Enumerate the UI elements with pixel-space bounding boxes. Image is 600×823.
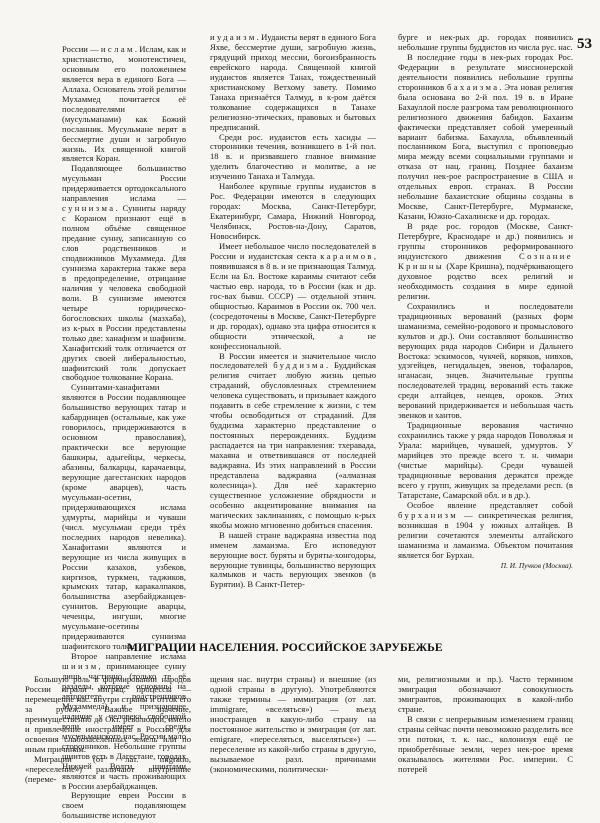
paragraph: Имеет небольшое число последователей в Р…	[210, 242, 376, 351]
paragraph: В России имеется и значительное число по…	[210, 352, 376, 531]
paragraph: иудаизм. Иудаисты верят в единого Бога Я…	[210, 33, 376, 133]
term: караимов	[320, 251, 374, 261]
upper-column-2: иудаизм. Иудаисты верят в единого Бога Я…	[210, 33, 376, 590]
paragraph: В ряде рос. городов (Москве, Санкт-Петер…	[398, 222, 573, 302]
section-column-2: щения нас. внутри страны) и внешние (из …	[210, 675, 376, 775]
paragraph: Миграции (от лат. migratio, «переселение…	[25, 755, 191, 785]
paragraph: России — ислам. Ислам, как и христианств…	[62, 45, 186, 164]
section-heading: МИГРАЦИИ НАСЕЛЕНИЯ. РОССИЙСКОЕ ЗАРУБЕЖЬЕ	[127, 641, 527, 654]
term: иудаизм	[210, 32, 257, 42]
paragraph: ми, религиозными и пр.). Часто термином …	[398, 675, 573, 715]
paragraph: щения нас. внутри страны) и внешние (из …	[210, 675, 376, 775]
page-number: 53	[577, 36, 592, 53]
section-column-3: ми, религиозными и пр.). Часто термином …	[398, 675, 573, 775]
paragraph: Суннитами-ханафитами являются в России п…	[62, 383, 186, 652]
term: суннизма	[62, 203, 115, 213]
paragraph: В последние годы в нек-рых городах Рос. …	[398, 53, 573, 222]
paragraph: В связи с непрерывным изменением границ …	[398, 715, 573, 775]
paragraph: Традиционные верования частично сохранил…	[398, 421, 573, 501]
paragraph: бурге и нек-рых др. городах появились не…	[398, 33, 573, 53]
upper-column-3: бурге и нек-рых др. городах появились не…	[398, 33, 573, 570]
paragraph: Среди рос. иудаистов есть хасиды — сторо…	[210, 133, 376, 183]
term: буддизма	[273, 360, 326, 370]
paragraph: Наиболее крупные группы иудаистов в Рос.…	[210, 182, 376, 242]
section-column-1: Большую роль в формировании народов Росс…	[25, 675, 191, 784]
paragraph: Подавляющее большинство мусульман России…	[62, 164, 186, 383]
term: бурханизм	[398, 510, 458, 520]
paragraph: В нашей стране ваджраяна известна под им…	[210, 531, 376, 591]
term: ислам	[101, 44, 135, 54]
paragraph: Особое явление представляет собой бурхан…	[398, 501, 573, 561]
paragraph: Сохранились и последователи традиционных…	[398, 302, 573, 421]
term: бахаизма	[447, 82, 499, 92]
author-signature: П. И. Пучков (Москва).	[398, 561, 573, 571]
paragraph: Верующие евреи России в своем подавляюще…	[62, 791, 186, 821]
paragraph: Большую роль в формировании народов Росс…	[25, 675, 191, 755]
term: шиизм	[62, 661, 99, 671]
